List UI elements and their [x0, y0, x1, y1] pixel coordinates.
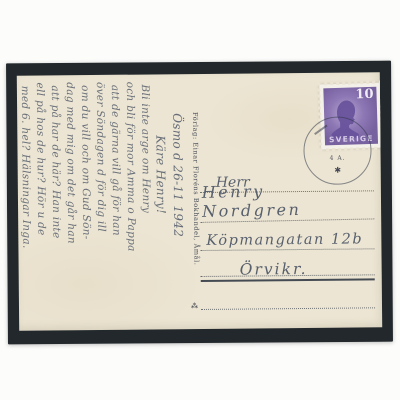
handwritten-message: Ösmo d 26-11 1942 Käre Henry! Bli inte a… [17, 79, 187, 327]
stamp-denomination: 10 [355, 87, 374, 103]
message-line: med 6. hel? Hälsningar Inga. [17, 81, 34, 327]
message-line: om du vill och om Gud Sön- [77, 80, 94, 326]
address-city: Örvikr. [240, 260, 308, 279]
address-street: Köpmangatan 12b [206, 231, 363, 249]
postmark-smudge [314, 125, 327, 135]
postcard-photo: Ösmo d 26-11 1942 Käre Henry! Bli inte a… [0, 0, 400, 400]
message-line: ell på hos de hur? Hör u de [32, 80, 49, 326]
address-row: Örvikr. [200, 249, 374, 282]
postcard-back: Ösmo d 26-11 1942 Käre Henry! Bli inte a… [17, 72, 382, 330]
address-row [201, 280, 375, 310]
postmark-circle: 4 A. ✱ [303, 116, 372, 185]
printer-mark-icon: ⁂ [191, 302, 198, 310]
postmark-code: 4 A. [330, 155, 346, 162]
message-line: att de gärna vill gå för han [107, 80, 124, 326]
address-row: Köpmangatan 12b [200, 220, 374, 251]
message-line: Bli inte arge om Henry [137, 79, 154, 325]
address-name: Henry Nordgren [202, 179, 375, 220]
message-line: över Söndagen d för dig ill [92, 80, 109, 326]
address-block: Herr Henry Nordgren Köpmangatan 12b Örvi… [200, 166, 375, 310]
address-row: Henry Nordgren [200, 190, 375, 222]
message-line: och bli för mor Amma o Pappa [122, 80, 139, 326]
postcard-mat: Ösmo d 26-11 1942 Käre Henry! Bli inte a… [6, 61, 393, 345]
message-date-line: Ösmo d 26-11 1942 [168, 79, 187, 325]
postmark-star-icon: ✱ [334, 165, 341, 174]
message-line: dag med mig om det går han [62, 80, 79, 326]
message-line: att på har de här? Han inte [47, 80, 64, 326]
